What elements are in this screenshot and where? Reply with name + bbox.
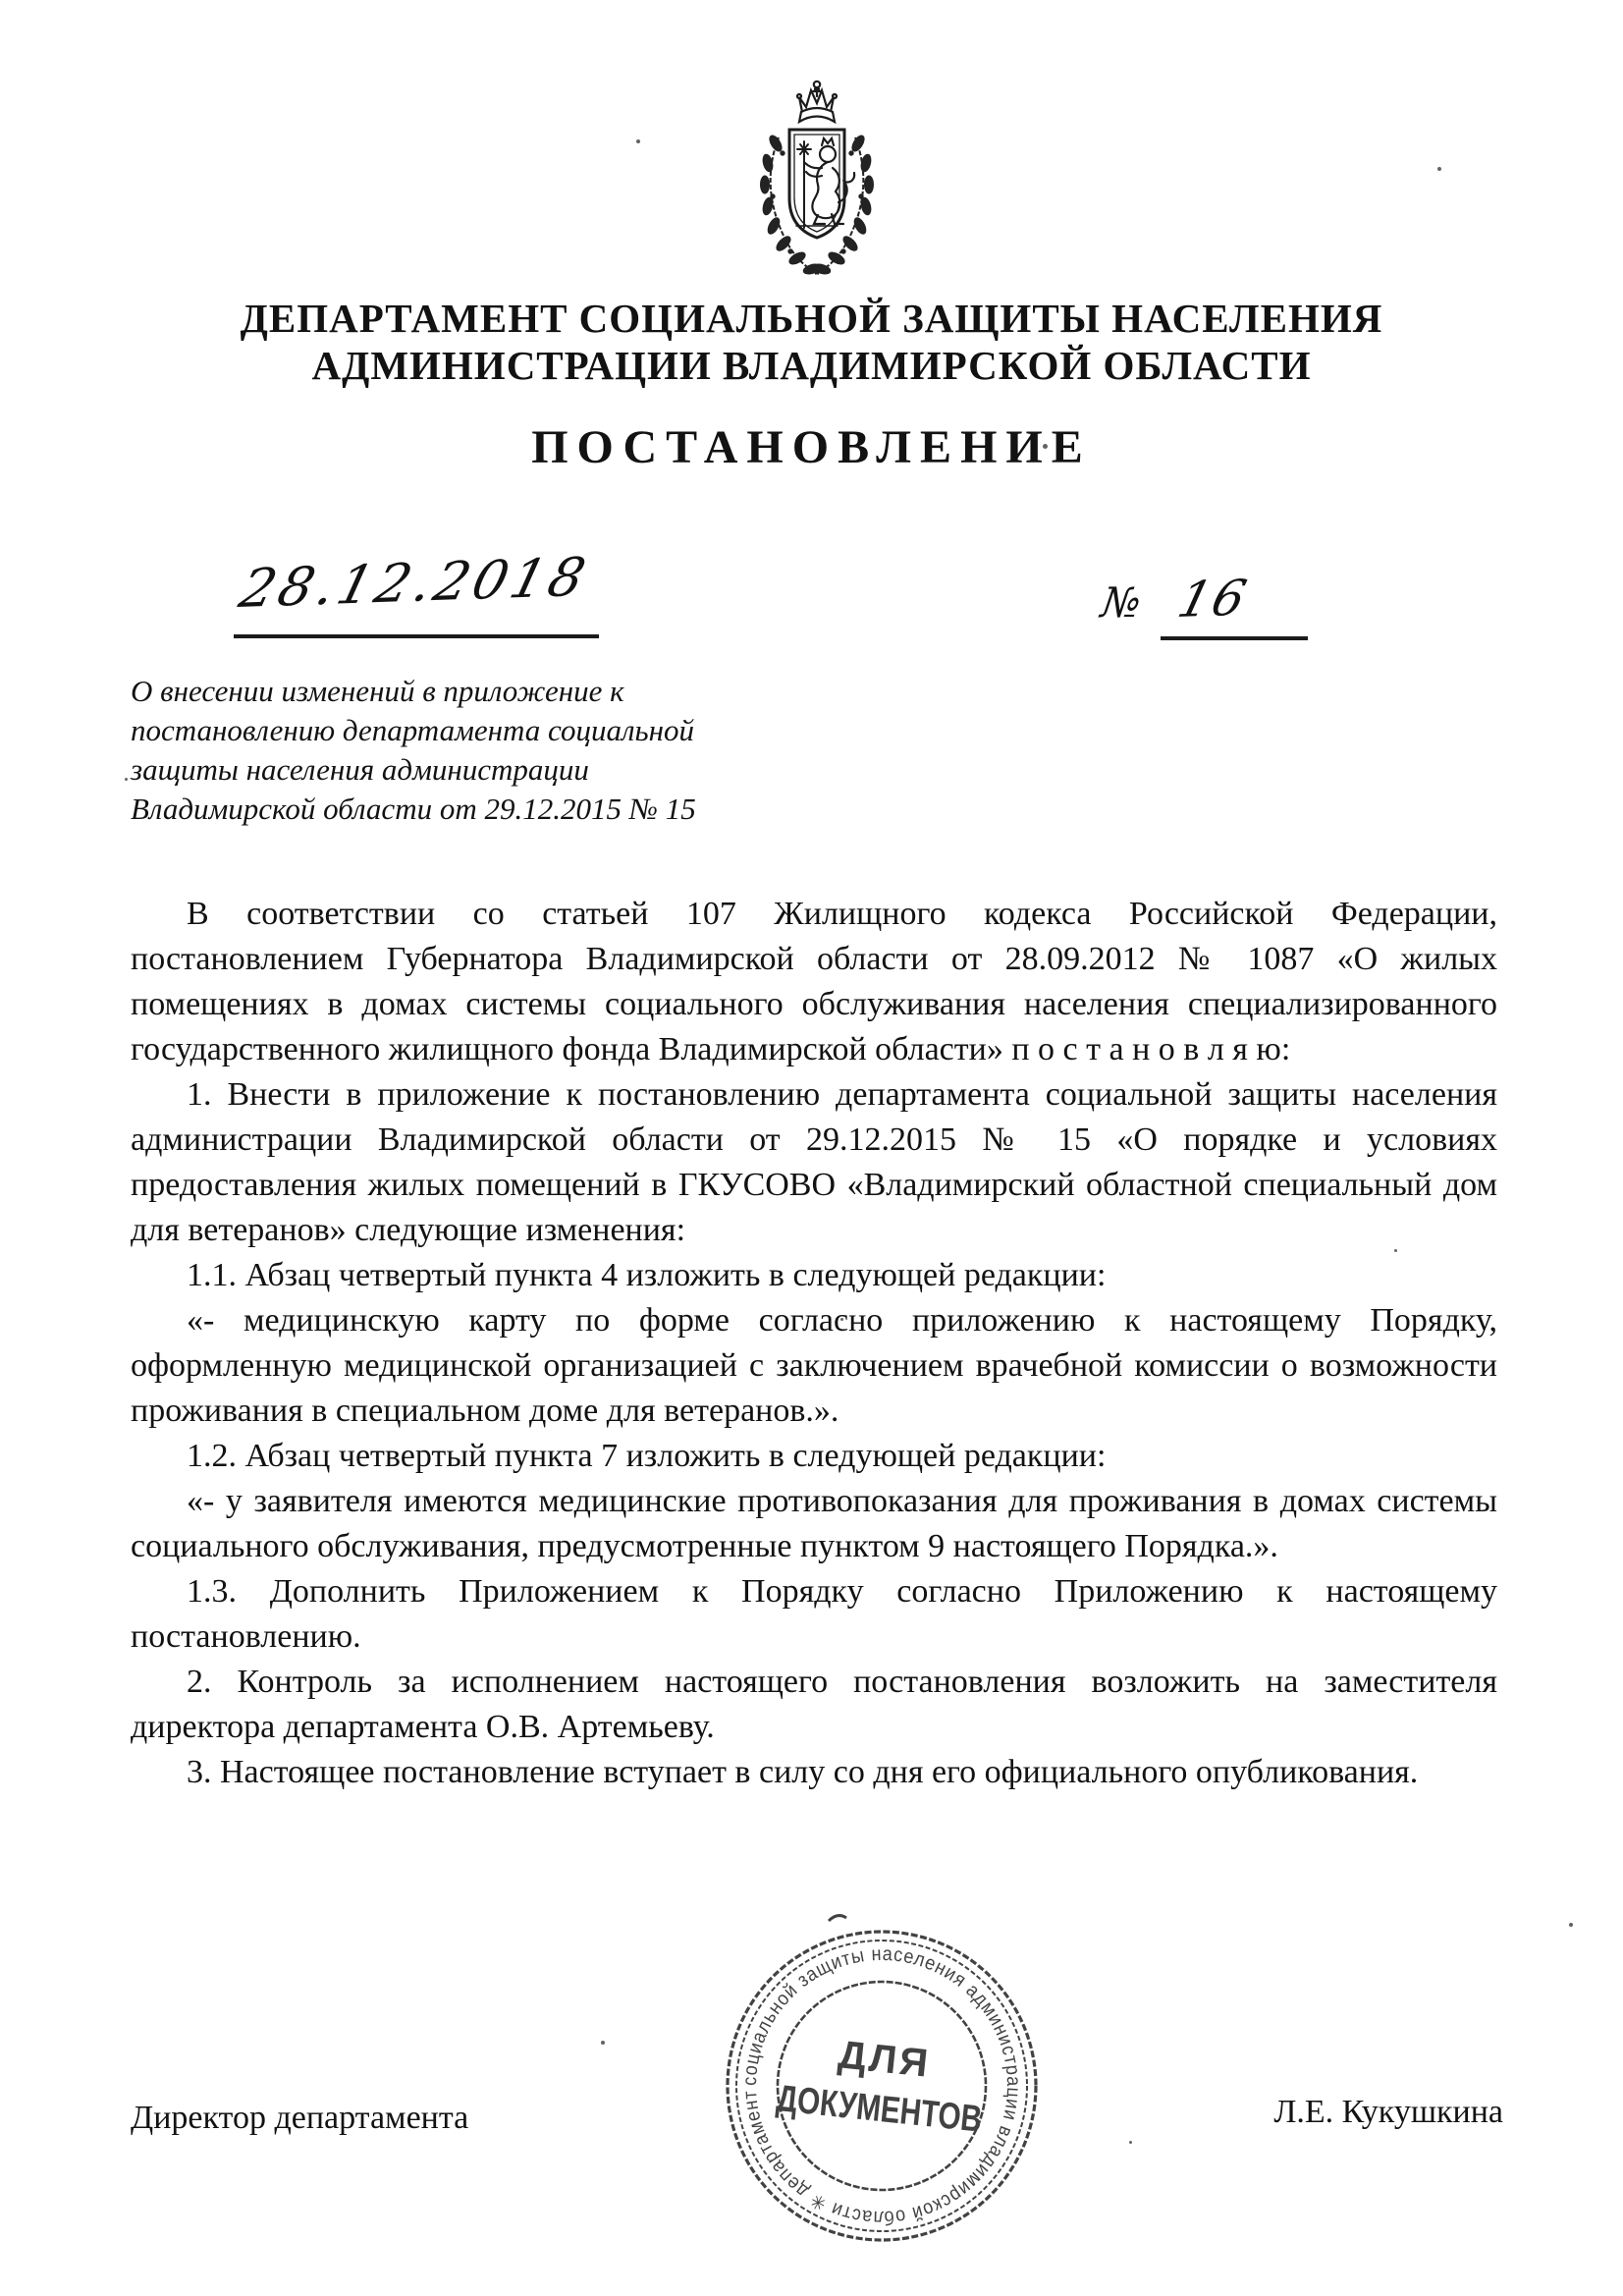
scan-speck bbox=[636, 139, 640, 143]
document-subject: О внесении изменений в приложение к пост… bbox=[131, 672, 759, 829]
scan-speck bbox=[840, 1318, 843, 1321]
body-paragraph: 3. Настоящее постановление вступает в си… bbox=[131, 1750, 1497, 1795]
body-paragraph: «- у заявителя имеются медицинские проти… bbox=[131, 1479, 1497, 1569]
signer-name: Л.Е. Кукушкина bbox=[1273, 2094, 1503, 2131]
date-underline bbox=[234, 634, 599, 638]
scan-speck bbox=[1043, 444, 1048, 449]
round-office-stamp: социальной защиты населения администраци… bbox=[713, 1913, 1051, 2257]
body-paragraph: 1. Внести в приложение к постановлению д… bbox=[131, 1072, 1497, 1253]
vladimir-oblast-coat-of-arms-icon bbox=[738, 77, 895, 288]
scan-speck bbox=[601, 2041, 605, 2045]
signer-position: Директор департамента bbox=[131, 2100, 468, 2137]
stamp-center-line1: ДЛЯ bbox=[837, 2033, 933, 2086]
stamp-center-text: ДЛЯ ДОКУМЕНТОВ bbox=[775, 2027, 990, 2140]
scan-speck bbox=[1129, 2141, 1132, 2144]
body-paragraph: 1.3. Дополнить Приложением к Порядку сог… bbox=[131, 1569, 1497, 1660]
body-paragraph: 1.1. Абзац четвертый пункта 4 изложить в… bbox=[131, 1253, 1497, 1298]
body-paragraph: 2. Контроль за исполнением настоящего по… bbox=[131, 1660, 1497, 1750]
body-paragraph: В соответствии со статьей 107 Жилищного … bbox=[131, 892, 1497, 1072]
stamp-center-line2: ДОКУМЕНТОВ bbox=[775, 2078, 984, 2141]
scan-speck bbox=[1437, 167, 1441, 171]
number-underline bbox=[1161, 636, 1308, 640]
number-field: № 16 bbox=[1102, 572, 1337, 629]
org-name-line2: АДМИНИСТРАЦИИ ВЛАДИМИРСКОЙ ОБЛАСТИ bbox=[0, 342, 1623, 389]
handwritten-date: 28.12.2018 bbox=[234, 546, 595, 620]
decree-document-page: ДЕПАРТАМЕНТ СОЦИАЛЬНОЙ ЗАЩИТЫ НАСЕЛЕНИЯ … bbox=[0, 0, 1623, 2296]
document-body: В соответствии со статьей 107 Жилищного … bbox=[131, 892, 1497, 1795]
scan-speck bbox=[1569, 1923, 1573, 1927]
scan-speck bbox=[125, 778, 128, 781]
org-name: ДЕПАРТАМЕНТ СОЦИАЛЬНОЙ ЗАЩИТЫ НАСЕЛЕНИЯ … bbox=[0, 295, 1623, 389]
document-type-title: ПОСТАНОВЛЕНИЕ bbox=[0, 420, 1623, 474]
stray-ink-mark bbox=[829, 1916, 846, 1921]
date-field: 28.12.2018 bbox=[234, 558, 607, 620]
org-name-line1: ДЕПАРТАМЕНТ СОЦИАЛЬНОЙ ЗАЩИТЫ НАСЕЛЕНИЯ bbox=[0, 295, 1623, 342]
body-paragraph: «- медицинскую карту по форме согласно п… bbox=[131, 1298, 1497, 1434]
scan-speck bbox=[1394, 1249, 1397, 1252]
handwritten-number: 16 bbox=[1172, 570, 1254, 629]
number-sign: № bbox=[1099, 578, 1145, 627]
body-paragraph: 1.2. Абзац четвертый пункта 7 изложить в… bbox=[131, 1434, 1497, 1479]
